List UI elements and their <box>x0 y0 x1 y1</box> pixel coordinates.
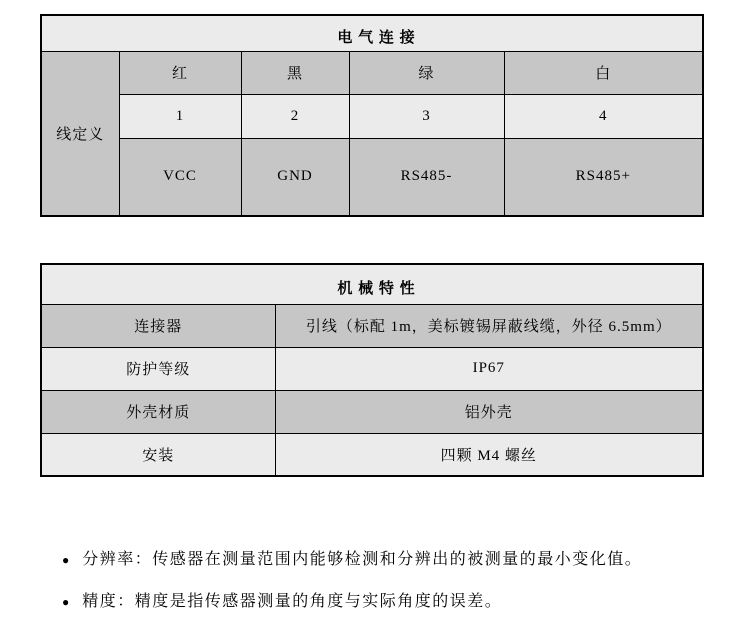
signal-name-cell: GND <box>241 138 349 216</box>
mech-row-label: 防护等级 <box>41 347 275 390</box>
mechanical-table-title: 机 械 特 性 <box>41 264 703 304</box>
mech-row-value: IP67 <box>275 347 703 390</box>
bullet-icon: ● <box>62 592 69 612</box>
note-item-resolution: ● 分辨率：传感器在测量范围内能够检测和分辨出的被测量的最小变化值。 <box>62 550 702 570</box>
note-text: 分辨率：传感器在测量范围内能够检测和分辨出的被测量的最小变化值。 <box>82 550 642 570</box>
mech-row-label: 安装 <box>41 433 275 476</box>
note-item-accuracy: ● 精度：精度是指传感器测量的角度与实际角度的误差。 <box>62 592 702 612</box>
signal-name-cell: RS485- <box>349 138 504 216</box>
notes-list: ● 分辨率：传感器在测量范围内能够检测和分辨出的被测量的最小变化值。 ● 精度：… <box>62 550 702 631</box>
electrical-connection-table: 电 气 连 接 线定义 红 黑 绿 白 1 2 3 4 VCC GND RS48… <box>40 14 704 217</box>
wire-color-cell: 绿 <box>349 51 504 94</box>
pin-number-cell: 4 <box>504 94 703 138</box>
mechanical-properties-table: 机 械 特 性 连接器 引线（标配 1m，美标镀锡屏蔽线缆，外径 6.5mm） … <box>40 263 704 477</box>
document-page: 电 气 连 接 线定义 红 黑 绿 白 1 2 3 4 VCC GND RS48… <box>0 0 740 631</box>
electrical-table-title: 电 气 连 接 <box>41 15 703 51</box>
mech-row-label: 外壳材质 <box>41 390 275 433</box>
mech-row-label: 连接器 <box>41 304 275 347</box>
wire-color-cell: 白 <box>504 51 703 94</box>
note-text: 精度：精度是指传感器测量的角度与实际角度的误差。 <box>82 592 502 612</box>
mech-row-value: 四颗 M4 螺丝 <box>275 433 703 476</box>
wire-color-cell: 红 <box>119 51 241 94</box>
pin-number-cell: 3 <box>349 94 504 138</box>
wire-definition-header: 线定义 <box>41 51 119 216</box>
pin-number-cell: 1 <box>119 94 241 138</box>
wire-color-cell: 黑 <box>241 51 349 94</box>
signal-name-cell: RS485+ <box>504 138 703 216</box>
pin-number-cell: 2 <box>241 94 349 138</box>
mech-row-value: 铝外壳 <box>275 390 703 433</box>
mech-row-value: 引线（标配 1m，美标镀锡屏蔽线缆，外径 6.5mm） <box>275 304 703 347</box>
signal-name-cell: VCC <box>119 138 241 216</box>
bullet-icon: ● <box>62 550 69 570</box>
